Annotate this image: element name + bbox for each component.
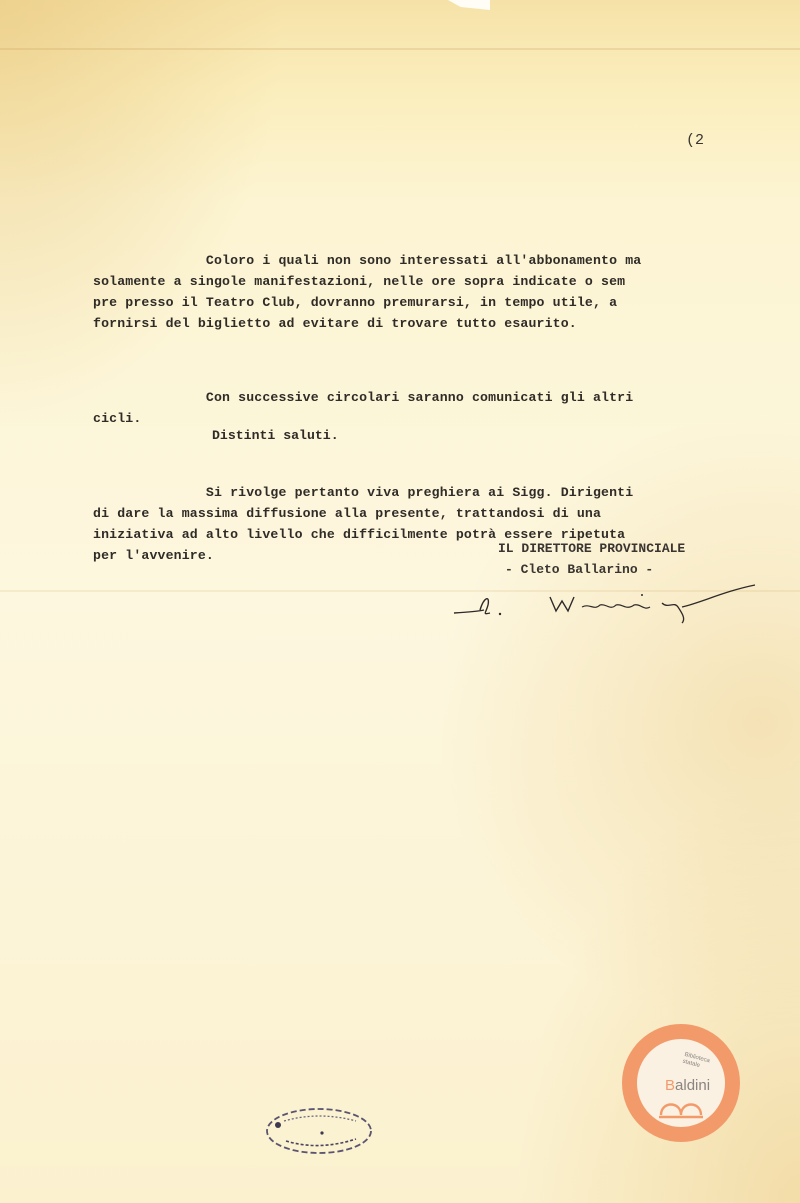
watermark-brand: Baldini: [665, 1077, 710, 1094]
open-book-icon: [659, 1097, 705, 1119]
paragraph-circulars: Con successive circolari saranno comunic…: [93, 387, 743, 429]
signer-title: IL DIRETTORE PROVINCIALE: [498, 538, 685, 559]
handwritten-signature-icon: [450, 583, 760, 628]
baldini-library-watermark: Biblioteca statale Baldini: [622, 1024, 740, 1142]
signature-block: IL DIRETTORE PROVINCIALE - Cleto Ballari…: [498, 538, 685, 580]
paper-fold-line: [0, 48, 800, 50]
page-number: (2: [686, 132, 704, 149]
paragraph-tickets: Coloro i quali non sono interessati all'…: [93, 250, 743, 334]
closing-salutation: Distinti saluti.: [212, 428, 339, 443]
signer-name: - Cleto Ballarino -: [498, 559, 685, 580]
oval-ink-stamp-icon: [264, 1105, 374, 1157]
watermark-small-text: Biblioteca statale: [682, 1052, 711, 1072]
